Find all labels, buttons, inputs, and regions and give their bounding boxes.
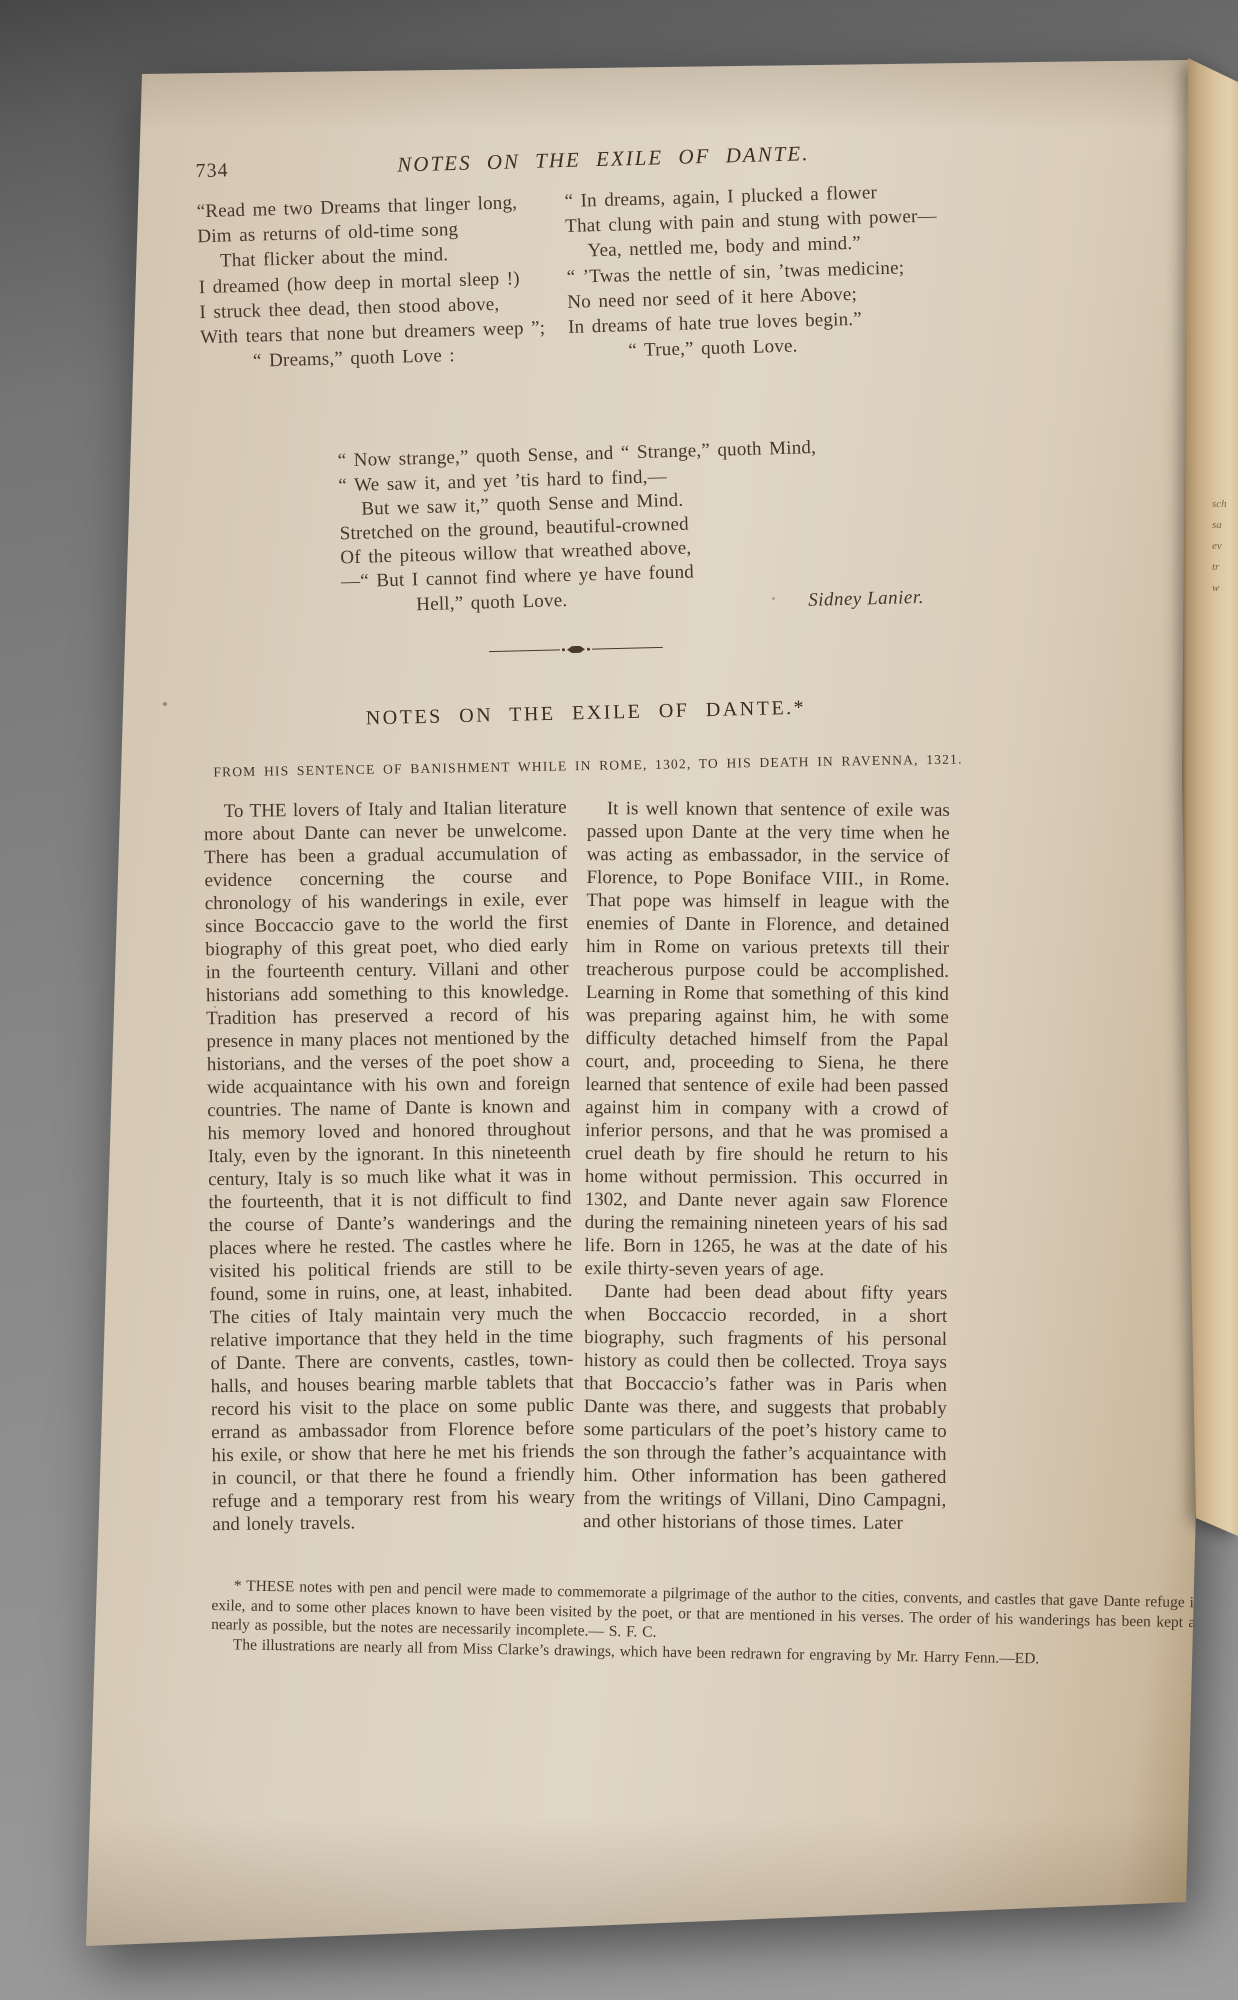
edge-text-fragment: tr [1212, 561, 1227, 573]
paper-speck [772, 597, 775, 600]
edge-text-fragment: ev [1212, 540, 1227, 552]
curled-next-page-edge: schsaevtrw [1180, 58, 1238, 1536]
adjacent-page-text-fragments: schsaevtrw [1212, 498, 1227, 594]
paper-speck [214, 1006, 216, 1008]
scanned-book-photo: { "page_header": { "page_number": "734",… [0, 0, 1238, 2000]
paper-speck [163, 702, 167, 706]
curled-page-wrap: schsaevtrw [0, 0, 1238, 2000]
edge-text-fragment: w [1212, 582, 1227, 594]
edge-text-fragment: sa [1212, 519, 1227, 531]
edge-text-fragment: sch [1212, 498, 1227, 510]
